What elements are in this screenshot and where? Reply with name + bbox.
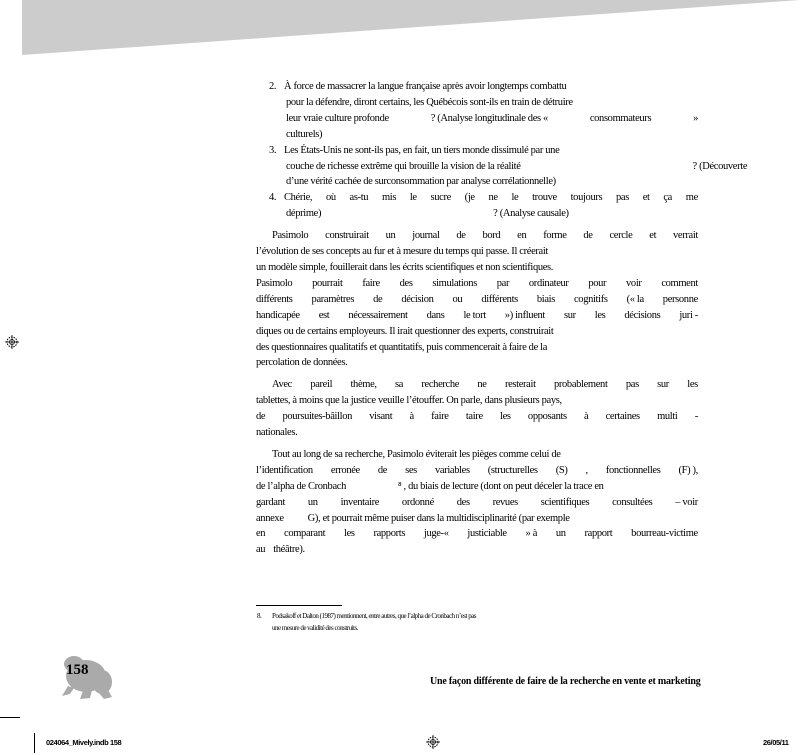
crop-mark (0, 717, 20, 718)
word: consommateurs (590, 111, 651, 127)
paragraph-line: depoursuites-bâillonvisantàfairetaireles… (256, 409, 698, 425)
word: de (378, 463, 387, 479)
word: de (456, 228, 465, 244)
paragraph-line: l’évolution de ses concepts au fur et à … (256, 244, 698, 260)
word: d’une vérité cachée de surconsommation p… (286, 174, 556, 190)
footnote: 8. Podsakoff et Dalton (1987) mentionnen… (256, 610, 556, 634)
list-item: 2.À force de massacrer la langue françai… (256, 79, 698, 143)
word: thème, (350, 377, 376, 393)
word: le tort (463, 308, 485, 324)
paragraph-line: Pasimoloconstruiraitunjournaldebordenfor… (256, 228, 698, 244)
word: Les États-Unis ne sont-ils pas, en fait,… (284, 143, 559, 159)
word: recherche (421, 377, 459, 393)
word: les (595, 308, 606, 324)
word: pourrait (312, 276, 342, 292)
word: paramètres (312, 292, 355, 308)
word: revues (493, 495, 518, 511)
gray-header-band (0, 0, 800, 60)
word: où (326, 190, 336, 206)
word: biais (537, 292, 555, 308)
paragraph-line: un modèle simple, fouillerait dans les é… (256, 260, 698, 276)
word: – voir (675, 495, 698, 511)
word: me (686, 190, 698, 206)
list-item-number: 2. (269, 79, 276, 95)
registration-mark-icon (5, 335, 19, 349)
list-item-line: pour la défendre, diront certains, les Q… (284, 95, 698, 111)
list-item: 4.Chérie,oùas-tumislesucre(jeneletrouvet… (256, 190, 698, 222)
word: ? (Analyse causale) (493, 206, 569, 222)
word: (structurelles (488, 463, 538, 479)
word: le (410, 190, 417, 206)
word: taire (466, 409, 483, 425)
word: cognitifs (574, 292, 608, 308)
word: trouve (532, 190, 557, 206)
word: Chérie, (284, 190, 312, 206)
word: Pasimolo (256, 276, 292, 292)
word: visant (369, 409, 392, 425)
word: Pasimolo (272, 228, 308, 244)
paragraph-line: nationales. (256, 425, 698, 441)
list-item-number: 3. (269, 143, 276, 159)
word: en (256, 526, 265, 542)
word: à (584, 409, 588, 425)
word: handicapée (256, 308, 300, 324)
word: pas (626, 377, 639, 393)
word: ses (405, 463, 417, 479)
word: rapports (373, 526, 405, 542)
word: percolation de données. (256, 355, 347, 371)
list-item-line: déprime)? (Analyse causale) (284, 206, 698, 222)
word: le (511, 190, 518, 206)
word: , (586, 463, 588, 479)
word: (S) (556, 463, 568, 479)
word: les (344, 526, 355, 542)
word: leur vraie culture profonde (286, 111, 389, 127)
registration-mark-icon (426, 735, 440, 749)
word: les (687, 377, 698, 393)
paragraph-line: de l’alpha de Cronbach⁸ , du biais de le… (256, 479, 698, 495)
word: un (556, 526, 566, 542)
word: as-tu (350, 190, 369, 206)
word: voir (626, 276, 642, 292)
word: et (643, 190, 650, 206)
word: dans (427, 308, 445, 324)
word: de (256, 409, 265, 425)
word: Avec (272, 377, 292, 393)
word: sa (395, 377, 403, 393)
word: sucre (431, 190, 451, 206)
paragraph-line: Pasimolopourraitfairedessimulationsparor… (256, 276, 698, 292)
paragraph-line: Avecpareilthème,sarechercheneresteraitpr… (256, 377, 698, 393)
word: des (400, 276, 413, 292)
word: » à (526, 526, 538, 542)
word: l’identification (256, 463, 313, 479)
word: multi (657, 409, 677, 425)
running-footer: Une façon différente de faire de la rech… (430, 676, 701, 687)
word: » (693, 111, 698, 127)
word: certaines (606, 409, 640, 425)
footnote-line-1: Podsakoff et Dalton (1987) mentionnent, … (256, 610, 556, 622)
word: cercle (609, 228, 632, 244)
word: tablettes, à moins que la justice veuill… (256, 393, 562, 409)
page-number: 158 (66, 662, 89, 679)
word: au (256, 542, 265, 558)
word: simulations (432, 276, 477, 292)
word: théâtre). (273, 542, 305, 558)
word: forme (543, 228, 566, 244)
word: comparant (284, 526, 325, 542)
footnote-rule (256, 605, 342, 606)
word: ? (Analyse longitudinale des « (431, 111, 548, 127)
word: ne (488, 190, 497, 206)
word: poursuites-bâillon (282, 409, 352, 425)
word: et (649, 228, 656, 244)
word: juri - (679, 308, 698, 324)
slug-date: 26/05/11 (763, 738, 789, 747)
word: - (695, 409, 698, 425)
word: journal (412, 228, 439, 244)
crop-mark (34, 733, 35, 753)
word: bord (482, 228, 500, 244)
paragraph-line: annexeG), et pourrait même puiser dans l… (256, 511, 698, 527)
list-item-line: d’une vérité cachée de surconsommation p… (284, 174, 698, 190)
word: opposants (528, 409, 567, 425)
word: pour la défendre, diront certains, les Q… (286, 95, 573, 111)
word: inventaire (341, 495, 379, 511)
paragraph-line: percolation de données. (256, 355, 698, 371)
word: déprime) (286, 206, 321, 222)
word: rapport (584, 526, 612, 542)
word: un (386, 228, 396, 244)
list-item-line: À force de massacrer la langue française… (284, 79, 698, 95)
word: ne (477, 377, 486, 393)
paragraph-line: authéâtre). (256, 542, 698, 558)
word: de (373, 292, 382, 308)
word: juge-« (424, 526, 449, 542)
word: par (497, 276, 509, 292)
word: gardant (256, 495, 285, 511)
word: un modèle simple, fouillerait dans les é… (256, 260, 553, 276)
word: toujours (571, 190, 603, 206)
word: justiciable (467, 526, 506, 542)
list-item-line: culturels) (284, 127, 698, 143)
word: nationales. (256, 425, 297, 441)
word: de (583, 228, 592, 244)
paragraph-line: gardantuninventaireordonnédesrevuesscien… (256, 495, 698, 511)
word: construirait (325, 228, 369, 244)
word: Tout au long de sa recherche, Pasimolo é… (272, 447, 561, 463)
word: fonctionnelles (606, 463, 661, 479)
paragraph: Avecpareilthème,sarechercheneresteraitpr… (256, 377, 698, 441)
word: personne (663, 292, 698, 308)
word: scientifiques (541, 495, 590, 511)
word: couche de richesse extrême qui brouille … (286, 159, 521, 175)
paragraph-line: différentsparamètresdedécisionoudifféren… (256, 292, 698, 308)
footnote-number: 8. (257, 610, 261, 622)
word: faire (431, 409, 448, 425)
word: est (319, 308, 330, 324)
word: verrait (673, 228, 698, 244)
word: les (500, 409, 511, 425)
paragraph-line: l’identificationerronéedesesvariables(st… (256, 463, 698, 479)
list-item-line: Chérie,oùas-tumislesucre(jeneletrouvetou… (284, 190, 698, 206)
word: ça (663, 190, 672, 206)
word: décision (401, 292, 433, 308)
word: nécessairement (348, 308, 407, 324)
word: différents (256, 292, 293, 308)
word: À force de massacrer la langue française… (284, 79, 566, 95)
word: (je (465, 190, 475, 206)
paragraph-line: des questionnaires qualitatifs et quanti… (256, 340, 698, 356)
word: erronée (331, 463, 360, 479)
paragraph-line: encomparantlesrapportsjuge-«justiciable»… (256, 526, 698, 542)
word: (« la (627, 292, 644, 308)
word: de l’alpha de Cronbach (256, 479, 346, 495)
list-item-number: 4. (269, 190, 276, 206)
list-item-line: Les États-Unis ne sont-ils pas, en fait,… (284, 143, 698, 159)
word: diques ou de certains employeurs. Il ira… (256, 324, 553, 340)
word: comment (661, 276, 698, 292)
word: ? (Découverte (693, 159, 748, 175)
paragraph-line: diques ou de certains employeurs. Il ira… (256, 324, 698, 340)
list-item: 3.Les États-Unis ne sont-ils pas, en fai… (256, 143, 698, 191)
paragraph-line: tablettes, à moins que la justice veuill… (256, 393, 698, 409)
word: mis (382, 190, 396, 206)
word: G), et pourrait même puiser dans la mult… (308, 511, 570, 527)
word: culturels) (286, 127, 322, 143)
word: ordonné (402, 495, 434, 511)
word: ou (453, 292, 463, 308)
word: pour (588, 276, 606, 292)
word: variables (435, 463, 470, 479)
footnote-line-2: une mesure de validité des construits. (256, 622, 556, 634)
list-item-line: leur vraie culture profonde? (Analyse lo… (284, 111, 698, 127)
word: annexe (256, 511, 284, 527)
paragraph-line: handicapéeestnécessairementdansle tort»)… (256, 308, 698, 324)
word: sur (657, 377, 669, 393)
word: (F) ), (678, 463, 697, 479)
list-item-line: couche de richesse extrême qui brouille … (284, 159, 698, 175)
word: en (517, 228, 526, 244)
word: à (410, 409, 414, 425)
paragraph: Tout au long de sa recherche, Pasimolo é… (256, 447, 698, 558)
word: ordinateur (529, 276, 569, 292)
word: pas (616, 190, 629, 206)
word: ⁸ , du biais de lecture (dont on peut dé… (398, 479, 604, 495)
word: un (308, 495, 318, 511)
slug-filename: 024064_Mively.indb 158 (46, 738, 121, 747)
word: consultées (612, 495, 652, 511)
word: décisions (624, 308, 660, 324)
word: des questionnaires qualitatifs et quanti… (256, 340, 547, 356)
word: resterait (505, 377, 536, 393)
body-text: 2.À force de massacrer la langue françai… (256, 79, 698, 558)
paragraph-line: Tout au long de sa recherche, Pasimolo é… (256, 447, 698, 463)
paragraph: Pasimoloconstruiraitunjournaldebordenfor… (256, 228, 698, 371)
word: bourreau-victime (631, 526, 698, 542)
word: différents (481, 292, 518, 308)
word: l’évolution de ses concepts au fur et à … (256, 244, 548, 260)
word: sur (564, 308, 576, 324)
word: probablement (554, 377, 608, 393)
word: des (457, 495, 470, 511)
word: faire (362, 276, 379, 292)
word: ») influent (505, 308, 545, 324)
word: pareil (310, 377, 332, 393)
